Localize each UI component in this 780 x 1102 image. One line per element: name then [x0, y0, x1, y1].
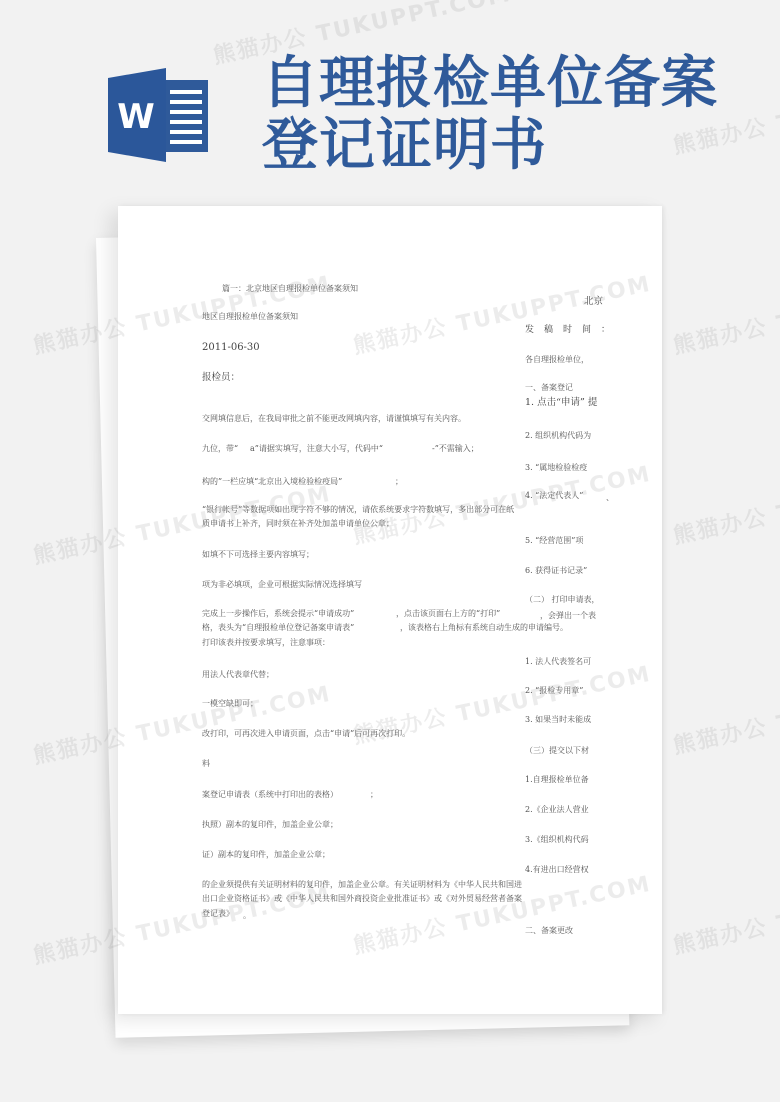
right-text-line: 6. 获得证书记录” [525, 565, 587, 576]
title-line-2: 登记证明书 [262, 114, 718, 176]
left-text-line: 证）副本的复印件，加盖企业公章； [202, 849, 330, 860]
left-text-line: 构的”一栏应填“北京出入境检验检疫局” [202, 476, 342, 487]
right-text-line: （三）提交以下材 [525, 745, 589, 756]
left-text-line: ，点击该页面右上方的“打印” [396, 608, 500, 619]
right-text-line: 1. 法人代表签名可 [525, 656, 591, 667]
left-text-line: 改打印，可再次进入申请页面，点击“申请”后可再次打印。 [202, 728, 410, 739]
left-text-line: 地区自理报检单位备案须知 [202, 311, 298, 322]
left-text-line: 九位，带“ [202, 443, 238, 454]
right-text-line: 3.《组织机构代码 [525, 834, 589, 845]
left-text-line: 的企业须提供有关证明材料的复印件，加盖企业公章。有关证明材料为《中华人民共和国进 [202, 879, 522, 890]
left-text-line: a”请据实填写，注意大小写，代码中“ [250, 443, 383, 454]
title-line-1: 自理报检单位备案 [262, 52, 718, 114]
right-text-line: 北京 [584, 296, 603, 307]
left-text-line: 项为非必填项，企业可根据实际情况选择填写 [202, 579, 362, 590]
svg-text:W: W [117, 97, 155, 137]
left-text-line: 打印该表并按要求填写，注意事项： [202, 637, 330, 648]
watermark-text: 熊猫办公 TUKUPPT.COM [670, 867, 780, 961]
right-text-line: 1.自理报检单位备 [525, 774, 589, 785]
left-text-line: ； [370, 789, 378, 800]
left-text-line: 质申请书上补齐，同时须在补齐处加盖申请单位公章； [202, 518, 394, 529]
left-text-line: 交网填信息后，在我局审批之前不能更改网填内容，请谨慎填写有关内容。 [202, 413, 466, 424]
left-text-line: 出口企业资格证书》或《中华人民共和国外商投资企业批准证书》或《对外贸易经营者备案 [202, 893, 522, 904]
right-text-line: 、 [606, 492, 614, 503]
left-text-line: 案登记申请表（系统中打印出的表格） [202, 789, 338, 800]
watermark-text: 熊猫办公 TUKUPPT.COM [670, 457, 780, 551]
header-banner: W 自理报检单位备案 登记证明书 [0, 0, 780, 200]
left-text-line: 料 [202, 758, 210, 769]
right-text-line: 2. 组织机构代码为 [525, 430, 591, 441]
left-text-line: ，该表格右上角标有系统自动生成的申请编号。 [400, 622, 568, 633]
left-text-line: 格，表头为“自理报检单位登记备案申请表” [202, 622, 354, 633]
right-text-line: 二、备案更改 [525, 925, 573, 936]
right-text-line: 3. “属地检验检疫 [525, 462, 587, 473]
right-text-line: 2. “报检专用章” [525, 685, 583, 696]
left-text-line: 2011-06-30 [202, 342, 260, 353]
word-document-icon: W [108, 68, 210, 162]
right-text-line: 各自理报检单位， [525, 354, 589, 365]
left-text-line: -”不需输入； [432, 443, 479, 454]
watermark-text: 熊猫办公 TUKUPPT.COM [670, 667, 780, 761]
right-text-line: （二） 打印申请表， [525, 594, 600, 605]
left-text-line: 。 [243, 910, 251, 921]
right-text-line: 3. 如果当时未能成 [525, 714, 591, 725]
right-text-line: 一、备案登记 [525, 382, 573, 393]
right-text-line: 4. “法定代表人” [525, 490, 583, 501]
left-text-line: 一模空缺即可； [202, 698, 258, 709]
page-title: 自理报检单位备案 登记证明书 [262, 52, 718, 176]
left-text-line: 如填不下可选择主要内容填写； [202, 549, 314, 560]
left-text-line: 报检员： [202, 372, 240, 383]
right-text-line: 5. “经营范围”项 [525, 535, 583, 546]
right-text-line: ，会弹出一个表 [540, 610, 596, 621]
watermark-text: 熊猫办公 TUKUPPT.COM [670, 267, 780, 361]
left-text-line: 用法人代表章代替； [202, 669, 274, 680]
right-text-line: 1. 点击“申请” 提 [525, 397, 597, 408]
left-text-line: 完成上一步操作后，系统会提示“申请成功” [202, 608, 354, 619]
left-text-line: 登记表》 [202, 908, 234, 919]
right-text-line: 4.有进出口经营权 [525, 864, 589, 875]
left-text-line: 篇一：北京地区自理报检单位备案须知 [222, 283, 358, 294]
left-text-line: “银行帐号”等数据项如出现字符不够的情况，请依系统要求字符数填写，多出部分可在纸 [202, 504, 514, 515]
right-text-line: 发稿时间： [525, 325, 620, 336]
left-text-line: 执照）副本的复印件，加盖企业公章； [202, 819, 338, 830]
right-text-line: 2.《企业法人营业 [525, 804, 589, 815]
left-text-line: ； [395, 476, 403, 487]
